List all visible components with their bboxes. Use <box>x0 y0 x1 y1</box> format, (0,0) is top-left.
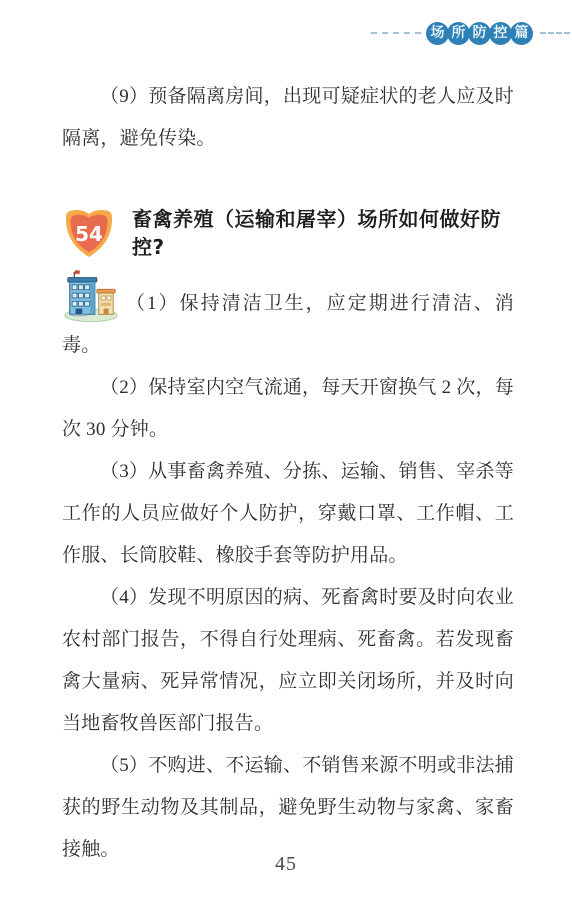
section-title-char: 篇 <box>510 22 533 45</box>
section-title-char: 防 <box>468 22 491 45</box>
header-dash-right <box>540 32 570 34</box>
answer-item-3: （3）从事畜禽养殖、分拣、运输、销售、宰杀等工作的人员应做好个人防护，穿戴口罩、… <box>62 451 514 577</box>
building-icon <box>62 269 120 325</box>
answer-item-2: （2）保持室内空气流通，每天开窗换气 2 次，每次 30 分钟。 <box>62 367 514 451</box>
header-dash-left <box>371 32 421 34</box>
answer-item-1: （1）保持清洁卫生，应定期进行清洁、消毒。 <box>62 283 514 367</box>
intro-paragraph: （9）预备隔离房间，出现可疑症状的老人应及时隔离，避免传染。 <box>62 76 514 160</box>
answer-item-4: （4）发现不明原因的病、死畜禽时要及时向农业农村部门报告，不得自行处理病、死畜禽… <box>62 577 514 745</box>
shield-icon: 54 <box>62 205 116 261</box>
page-number: 45 <box>0 853 572 876</box>
section-title-char: 所 <box>447 22 470 45</box>
question-block: 54 畜禽养殖（运输和屠宰）场所如何做好防控? <box>62 205 514 261</box>
section-title-char: 控 <box>489 22 512 45</box>
question-number: 54 <box>75 222 103 246</box>
section-title-char: 场 <box>426 22 449 45</box>
book-page: 场 所 防 控 篇 （9）预备隔离房间，出现可疑症状的老人应及时隔离，避免传染。… <box>0 0 572 900</box>
page-content: （9）预备隔离房间，出现可疑症状的老人应及时隔离，避免传染。 54 畜禽养殖（运… <box>62 76 514 871</box>
answer-section: （1）保持清洁卫生，应定期进行清洁、消毒。 （2）保持室内空气流通，每天开窗换气… <box>62 269 514 871</box>
question-title: 畜禽养殖（运输和屠宰）场所如何做好防控? <box>132 205 514 261</box>
section-header: 场 所 防 控 篇 <box>371 21 570 45</box>
